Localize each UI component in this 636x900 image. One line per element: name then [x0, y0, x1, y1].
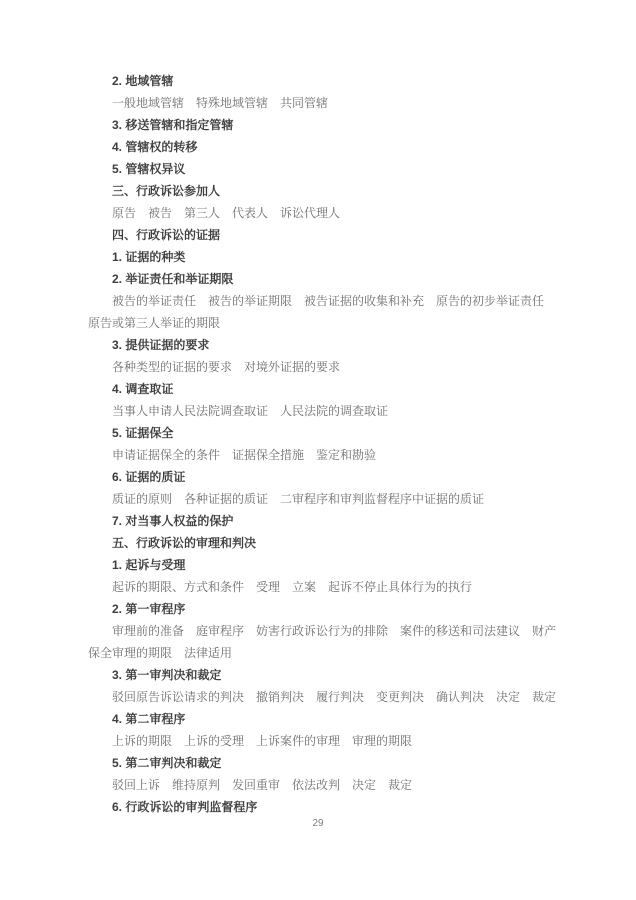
outline-terms-continuation: 保全审理的期限 法律适用	[88, 642, 578, 664]
outline-terms-line: 原告 被告 第三人 代表人 诉讼代理人	[88, 202, 578, 224]
syllabus-outline: 2. 地域管辖一般地域管辖 特殊地域管辖 共同管辖3. 移送管辖和指定管辖4. …	[88, 70, 578, 818]
outline-heading: 2. 地域管辖	[88, 70, 578, 92]
outline-heading: 五、行政诉讼的审理和判决	[88, 532, 578, 554]
outline-heading: 5. 管辖权异议	[88, 158, 578, 180]
outline-heading: 3. 提供证据的要求	[88, 334, 578, 356]
outline-heading: 4. 管辖权的转移	[88, 136, 578, 158]
outline-heading: 4. 调查取证	[88, 378, 578, 400]
outline-heading: 三、行政诉讼参加人	[88, 180, 578, 202]
outline-heading: 5. 证据保全	[88, 422, 578, 444]
outline-heading: 5. 第二审判决和裁定	[88, 752, 578, 774]
outline-terms-line: 一般地域管辖 特殊地域管辖 共同管辖	[88, 92, 578, 114]
outline-heading: 6. 行政诉讼的审判监督程序	[88, 796, 578, 818]
outline-terms-line: 被告的举证责任 被告的举证期限 被告证据的收集和补充 原告的初步举证责任	[88, 290, 578, 312]
outline-terms-line: 申请证据保全的条件 证据保全措施 鉴定和勘验	[88, 444, 578, 466]
outline-terms-line: 起诉的期限、方式和条件 受理 立案 起诉不停止具体行为的执行	[88, 576, 578, 598]
page-number: 29	[0, 817, 636, 831]
outline-terms-line: 当事人申请人民法院调查取证 人民法院的调查取证	[88, 400, 578, 422]
outline-terms-line: 质证的原则 各种证据的质证 二审程序和审判监督程序中证据的质证	[88, 488, 578, 510]
outline-terms-line: 审理前的准备 庭审程序 妨害行政诉讼行为的排除 案件的移送和司法建议 财产	[88, 620, 578, 642]
outline-heading: 4. 第二审程序	[88, 708, 578, 730]
outline-terms-line: 驳回原告诉讼请求的判决 撤销判决 履行判决 变更判决 确认判决 决定 裁定	[88, 686, 578, 708]
document-page: 2. 地域管辖一般地域管辖 特殊地域管辖 共同管辖3. 移送管辖和指定管辖4. …	[0, 0, 636, 900]
outline-terms-line: 驳回上诉 维持原判 发回重审 依法改判 决定 裁定	[88, 774, 578, 796]
outline-terms-line: 上诉的期限 上诉的受理 上诉案件的审理 审理的期限	[88, 730, 578, 752]
outline-heading: 3. 移送管辖和指定管辖	[88, 114, 578, 136]
outline-heading: 四、行政诉讼的证据	[88, 224, 578, 246]
outline-heading: 3. 第一审判决和裁定	[88, 664, 578, 686]
outline-heading: 6. 证据的质证	[88, 466, 578, 488]
outline-heading: 2. 第一审程序	[88, 598, 578, 620]
outline-heading: 7. 对当事人权益的保护	[88, 510, 578, 532]
outline-heading: 2. 举证责任和举证期限	[88, 268, 578, 290]
outline-heading: 1. 证据的种类	[88, 246, 578, 268]
outline-terms-continuation: 原告或第三人举证的期限	[88, 312, 578, 334]
outline-terms-line: 各种类型的证据的要求 对境外证据的要求	[88, 356, 578, 378]
outline-heading: 1. 起诉与受理	[88, 554, 578, 576]
